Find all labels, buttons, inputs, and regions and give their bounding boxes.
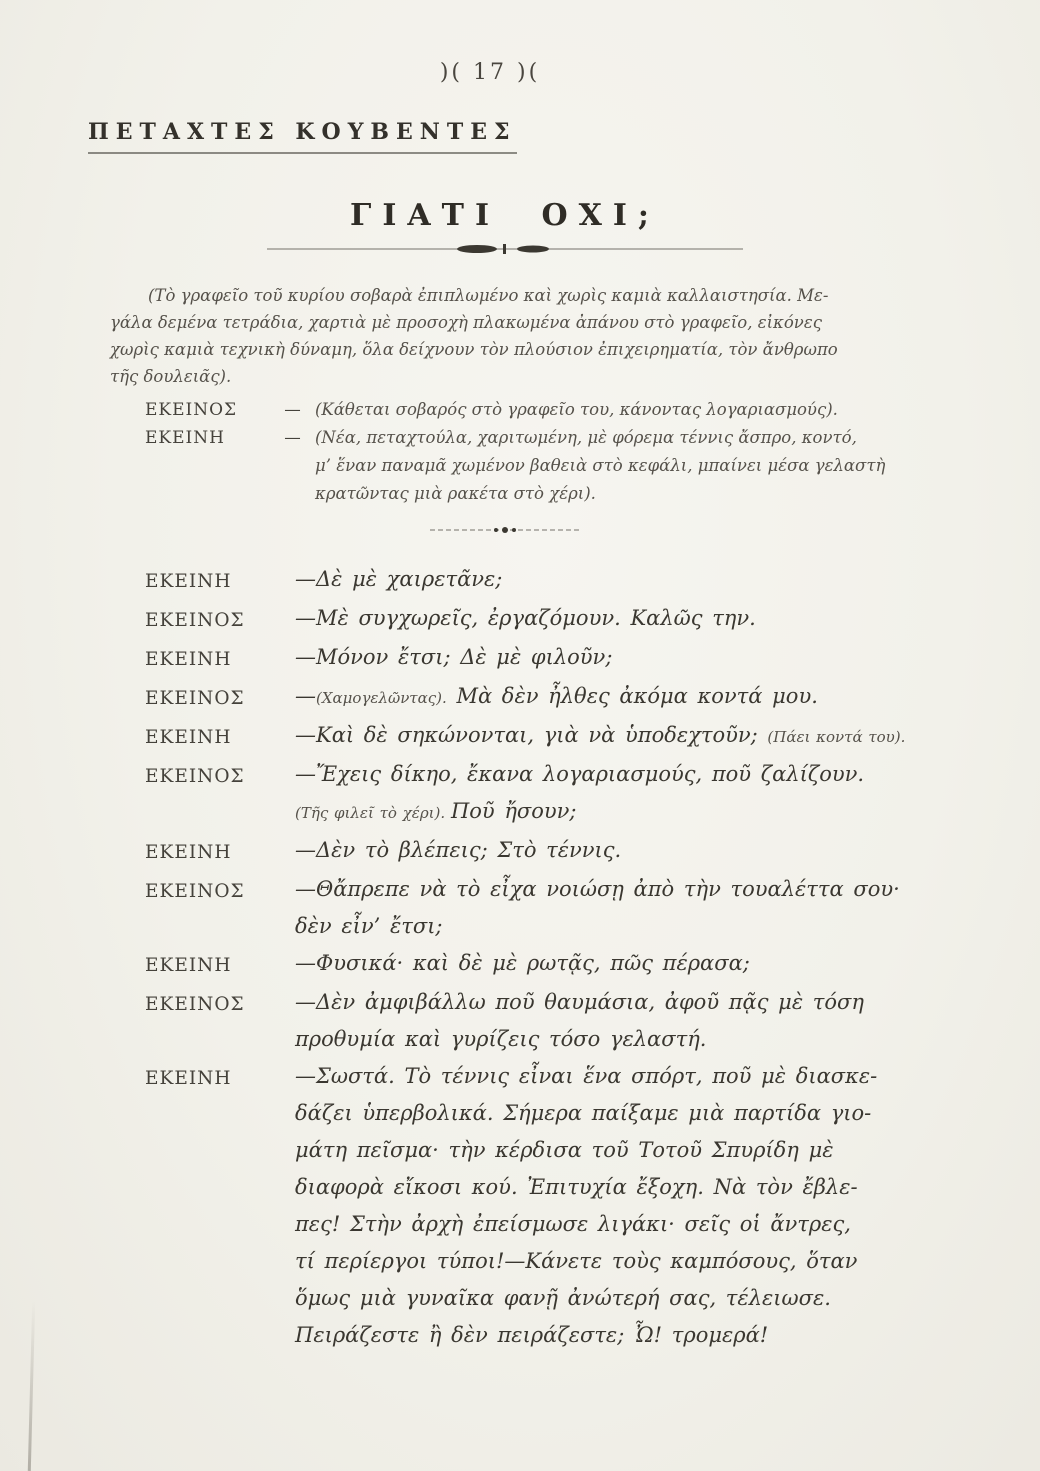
dialogue-line: δὲν εἶν’ ἔτσι;	[295, 908, 955, 945]
speaker-label: ΕΚΕΙΝΗ	[145, 424, 270, 452]
dialogue-entry: ΕΚΕΙΝΟΣ—Ἔχεις δίκηο, ἔκανα λογαριασμούς,…	[145, 756, 955, 832]
dialogue-entry: ΕΚΕΙΝΗ—Δὲν τὸ βλέπεις; Στὸ τέννις.	[145, 832, 955, 871]
dialogue-segment: Ποῦ ἤσουν;	[451, 799, 577, 823]
dialogue-line: Πειράζεστε ἢ δὲν πειράζεστε; Ὦ! τρομερά!	[295, 1317, 955, 1354]
stage-note: (Τῆς φιλεῖ τὸ χέρι).	[295, 804, 451, 822]
dialogue-segment: —Σωστά. Τὸ τέννις εἶναι ἕνα σπόρτ, ποῦ μ…	[295, 1064, 877, 1088]
dialogue-segment: —Ἔχεις δίκηο, ἔκανα λογαριασμούς, ποῦ ζα…	[295, 762, 864, 786]
dialogue-entry: ΕΚΕΙΝΟΣ—(Χαμογελῶντας). Μὰ δὲν ἦλθες ἀκό…	[145, 678, 955, 717]
dialogue-text: —Ἔχεις δίκηο, ἔκανα λογαριασμούς, ποῦ ζα…	[295, 756, 955, 832]
ornament-divider-icon	[110, 241, 900, 260]
dialogue-text: —(Χαμογελῶντας). Μὰ δὲν ἦλθες ἀκόμα κοντ…	[295, 678, 955, 717]
dialogue-line: (Τῆς φιλεῖ τὸ χέρι). Ποῦ ἤσουν;	[295, 793, 955, 832]
speaker-label: ΕΚΕΙΝΗ	[145, 1058, 295, 1097]
dialogue-text: —Φυσικά· καὶ δὲ μὲ ρωτᾷς, πῶς πέρασα;	[295, 945, 955, 982]
section-header: ΠΕΤΑΧΤΕΣ ΚΟΥΒΕΝΤΕΣ	[88, 119, 517, 154]
dialogue-line: —Μὲ συγχωρεῖς, ἐργαζόμουν. Καλῶς την.	[295, 600, 955, 637]
dialogue-segment: τί περίεργοι τύποι!—Κάνετε τοὺς καμπόσου…	[295, 1249, 857, 1273]
stage-direction-line: γάλα δεμένα τετράδια, χαρτιὰ μὲ προσοχὴ …	[110, 309, 942, 336]
dialogue-entry: ΕΚΕΙΝΟΣ—Δὲν ἀμφιβάλλω ποῦ θαυμάσια, ἀφοῦ…	[145, 984, 955, 1058]
dotted-divider-icon	[430, 525, 580, 535]
dialogue-entry: ΕΚΕΙΝΟΣ—Μὲ συγχωρεῖς, ἐργαζόμουν. Καλῶς …	[145, 600, 955, 639]
dialogue-line: διαφορὰ εἴκοσι κού. Ἐπιτυχία ἔξοχη. Νὰ τ…	[295, 1169, 955, 1206]
speaker-label: ΕΚΕΙΝΗ	[145, 639, 295, 678]
dialogue-line: —(Χαμογελῶντας). Μὰ δὲν ἦλθες ἀκόμα κοντ…	[295, 678, 955, 717]
speaker-label: ΕΚΕΙΝΟΣ	[145, 871, 295, 910]
stage-directions-intro: (Τὸ γραφεῖο τοῦ κυρίου σοβαρὰ ἐπιπλωμένο…	[110, 282, 942, 390]
speaker-label: ΕΚΕΙΝΟΣ	[145, 396, 270, 424]
speaker-label: ΕΚΕΙΝΟΣ	[145, 678, 295, 717]
dialogue-text: —Μὲ συγχωρεῖς, ἐργαζόμουν. Καλῶς την.	[295, 600, 955, 637]
speaker-label: ΕΚΕΙΝΗ	[145, 561, 295, 600]
cast-text-line: κρατῶντας μιὰ ρακέτα στὸ χέρι).	[315, 480, 945, 508]
speaker-label: ΕΚΕΙΝΗ	[145, 717, 295, 756]
dialogue-line: —Καὶ δὲ σηκώνονται, γιὰ νὰ ὑποδεχτοῦν; (…	[295, 717, 955, 756]
scan-edge-artifact	[28, 1301, 35, 1471]
cast-text-line: μ’ ἕναν παναμᾶ χωμένον βαθειὰ στὸ κεφάλι…	[315, 452, 945, 480]
stage-direction-line: χωρὶς καμιὰ τεχνικὴ δύναμη, ὅλα δείχνουν…	[110, 336, 942, 363]
dialogue-entry: ΕΚΕΙΝΗ—Δὲ μὲ χαιρετᾶνε;	[145, 561, 955, 600]
dialogue-segment: μάτη πεῖσμα· τὴν κέρδισα τοῦ Τοτοῦ Σπυρί…	[295, 1138, 833, 1162]
cast-list: ΕΚΕΙΝΟΣ—(Κάθεται σοβαρός στὸ γραφεῖο του…	[145, 396, 945, 508]
dialogue-line: —Φυσικά· καὶ δὲ μὲ ρωτᾷς, πῶς πέρασα;	[295, 945, 955, 982]
stage-direction-line: (Τὸ γραφεῖο τοῦ κυρίου σοβαρὰ ἐπιπλωμένο…	[110, 282, 942, 309]
dialogue-segment: —Δὲν ἀμφιβάλλω ποῦ θαυμάσια, ἀφοῦ πᾷς μὲ…	[295, 990, 864, 1014]
dialogue-text: —Θἄπρεπε νὰ τὸ εἶχα νοιώσῃ ἀπὸ τὴν τουαλ…	[295, 871, 955, 945]
dialogue-segment: Πειράζεστε ἢ δὲν πειράζεστε; Ὦ! τρομερά!	[295, 1323, 768, 1347]
dialogue-text: —Σωστά. Τὸ τέννις εἶναι ἕνα σπόρτ, ποῦ μ…	[295, 1058, 955, 1354]
dialogue-segment: δάζει ὑπερβολικά. Σήμερα παίξαμε μιὰ παρ…	[295, 1101, 871, 1125]
dialogue-line: προθυμία καὶ γυρίζεις τόσο γελαστή.	[295, 1021, 955, 1058]
dialogue-entry: ΕΚΕΙΝΟΣ—Θἄπρεπε νὰ τὸ εἶχα νοιώσῃ ἀπὸ τὴ…	[145, 871, 955, 945]
stage-note: (Χαμογελῶντας).	[316, 689, 447, 707]
dialogue-segment: πες! Στὴν ἀρχὴ ἐπείσμωσε λιγάκι· σεῖς οἱ…	[295, 1212, 851, 1236]
dialogue-segment: —Δὲ μὲ χαιρετᾶνε;	[295, 567, 502, 591]
dialogue-entry: ΕΚΕΙΝΗ—Καὶ δὲ σηκώνονται, γιὰ νὰ ὑποδεχτ…	[145, 717, 955, 756]
dialogue-line: ὅμως μιὰ γυναῖκα φανῇ ἀνώτερή σας, τέλει…	[295, 1280, 955, 1317]
dialogue-line: —Μόνον ἔτσι; Δὲ μὲ φιλοῦν;	[295, 639, 955, 676]
dialogue-segment: —Καὶ δὲ σηκώνονται, γιὰ νὰ ὑποδεχτοῦν;	[295, 723, 767, 747]
cast-entry: ΕΚΕΙΝΗ—(Νέα, πεταχτούλα, χαριτωμένη, μὲ …	[145, 424, 945, 508]
dialogue-segment: διαφορὰ εἴκοσι κού. Ἐπιτυχία ἔξοχη. Νὰ τ…	[295, 1175, 858, 1199]
speaker-dash: —	[270, 424, 315, 452]
dialogue-line: —Θἄπρεπε νὰ τὸ εἶχα νοιώσῃ ἀπὸ τὴν τουαλ…	[295, 871, 955, 908]
dialogue-text: —Δὲν ἀμφιβάλλω ποῦ θαυμάσια, ἀφοῦ πᾷς μὲ…	[295, 984, 955, 1058]
speaker-label: ΕΚΕΙΝΗ	[145, 945, 295, 984]
dialogue-line: μάτη πεῖσμα· τὴν κέρδισα τοῦ Τοτοῦ Σπυρί…	[295, 1132, 955, 1169]
dialogue-entry: ΕΚΕΙΝΗ—Φυσικά· καὶ δὲ μὲ ρωτᾷς, πῶς πέρα…	[145, 945, 955, 984]
dialogue-text: —Δὲν τὸ βλέπεις; Στὸ τέννις.	[295, 832, 955, 869]
dialogue-line: —Δὲ μὲ χαιρετᾶνε;	[295, 561, 955, 598]
dialogue-segment: —Θἄπρεπε νὰ τὸ εἶχα νοιώσῃ ἀπὸ τὴν τουαλ…	[295, 877, 900, 901]
dialogue-entry: ΕΚΕΙΝΗ—Σωστά. Τὸ τέννις εἶναι ἕνα σπόρτ,…	[145, 1058, 955, 1354]
cast-text: (Νέα, πεταχτούλα, χαριτωμένη, μὲ φόρεμα …	[315, 424, 945, 508]
dialogue-text: —Δὲ μὲ χαιρετᾶνε;	[295, 561, 955, 598]
cast-text: (Κάθεται σοβαρός στὸ γραφεῖο του, κάνοντ…	[315, 396, 945, 424]
dialogue-segment: δὲν εἶν’ ἔτσι;	[295, 914, 443, 938]
dialogue-segment: —Δὲν τὸ βλέπεις; Στὸ τέννις.	[295, 838, 621, 862]
dialogue-text: —Μόνον ἔτσι; Δὲ μὲ φιλοῦν;	[295, 639, 955, 676]
dialogue-text: —Καὶ δὲ σηκώνονται, γιὰ νὰ ὑποδεχτοῦν; (…	[295, 717, 955, 756]
dialogue-segment: ὅμως μιὰ γυναῖκα φανῇ ἀνώτερή σας, τέλει…	[295, 1286, 831, 1310]
section-divider-wrap	[110, 520, 900, 539]
title-block: ΓΙΑΤΙ ΟΧΙ;	[110, 198, 900, 260]
dialogue-line: —Δὲν τὸ βλέπεις; Στὸ τέννις.	[295, 832, 955, 869]
dialogue-segment: —Μὲ συγχωρεῖς, ἐργαζόμουν. Καλῶς την.	[295, 606, 756, 630]
cast-text-line: (Νέα, πεταχτούλα, χαριτωμένη, μὲ φόρεμα …	[315, 424, 945, 452]
speaker-label: ΕΚΕΙΝΟΣ	[145, 756, 295, 795]
dialogue-segment: προθυμία καὶ γυρίζεις τόσο γελαστή.	[295, 1027, 706, 1051]
speaker-label: ΕΚΕΙΝΟΣ	[145, 600, 295, 639]
speaker-label: ΕΚΕΙΝΗ	[145, 832, 295, 871]
dialogue-line: δάζει ὑπερβολικά. Σήμερα παίξαμε μιὰ παρ…	[295, 1095, 955, 1132]
dialogue-line: —Ἔχεις δίκηο, ἔκανα λογαριασμούς, ποῦ ζα…	[295, 756, 955, 793]
cast-text-line: (Κάθεται σοβαρός στὸ γραφεῖο του, κάνοντ…	[315, 396, 945, 424]
stage-direction-line: τῆς δουλειᾶς).	[110, 363, 942, 390]
dialogue-segment: —Φυσικά· καὶ δὲ μὲ ρωτᾷς, πῶς πέρασα;	[295, 951, 750, 975]
page-title: ΓΙΑΤΙ ΟΧΙ;	[110, 198, 900, 233]
dialogue-segment: —	[295, 684, 316, 708]
dialogue-segment: Μὰ δὲν ἦλθες ἀκόμα κοντά μου.	[447, 684, 818, 708]
section-header-wrap: ΠΕΤΑΧΤΕΣ ΚΟΥΒΕΝΤΕΣ	[88, 119, 1040, 154]
dialogue-segment: —Μόνον ἔτσι; Δὲ μὲ φιλοῦν;	[295, 645, 612, 669]
speaker-dash: —	[270, 396, 315, 424]
page-number: )( 17 )(	[110, 0, 870, 85]
stage-note: (Πάει κοντά του).	[767, 728, 905, 746]
dialogue-line: τί περίεργοι τύποι!—Κάνετε τοὺς καμπόσου…	[295, 1243, 955, 1280]
dialogue-entry: ΕΚΕΙΝΗ—Μόνον ἔτσι; Δὲ μὲ φιλοῦν;	[145, 639, 955, 678]
dialogue-line: —Δὲν ἀμφιβάλλω ποῦ θαυμάσια, ἀφοῦ πᾷς μὲ…	[295, 984, 955, 1021]
dialogue-list: ΕΚΕΙΝΗ—Δὲ μὲ χαιρετᾶνε;ΕΚΕΙΝΟΣ—Μὲ συγχωρ…	[145, 561, 955, 1354]
speaker-label: ΕΚΕΙΝΟΣ	[145, 984, 295, 1023]
dialogue-line: —Σωστά. Τὸ τέννις εἶναι ἕνα σπόρτ, ποῦ μ…	[295, 1058, 955, 1095]
cast-entry: ΕΚΕΙΝΟΣ—(Κάθεται σοβαρός στὸ γραφεῖο του…	[145, 396, 945, 424]
dialogue-line: πες! Στὴν ἀρχὴ ἐπείσμωσε λιγάκι· σεῖς οἱ…	[295, 1206, 955, 1243]
scanned-book-page: )( 17 )( ΠΕΤΑΧΤΕΣ ΚΟΥΒΕΝΤΕΣ ΓΙΑΤΙ ΟΧΙ; (…	[0, 0, 1040, 1471]
